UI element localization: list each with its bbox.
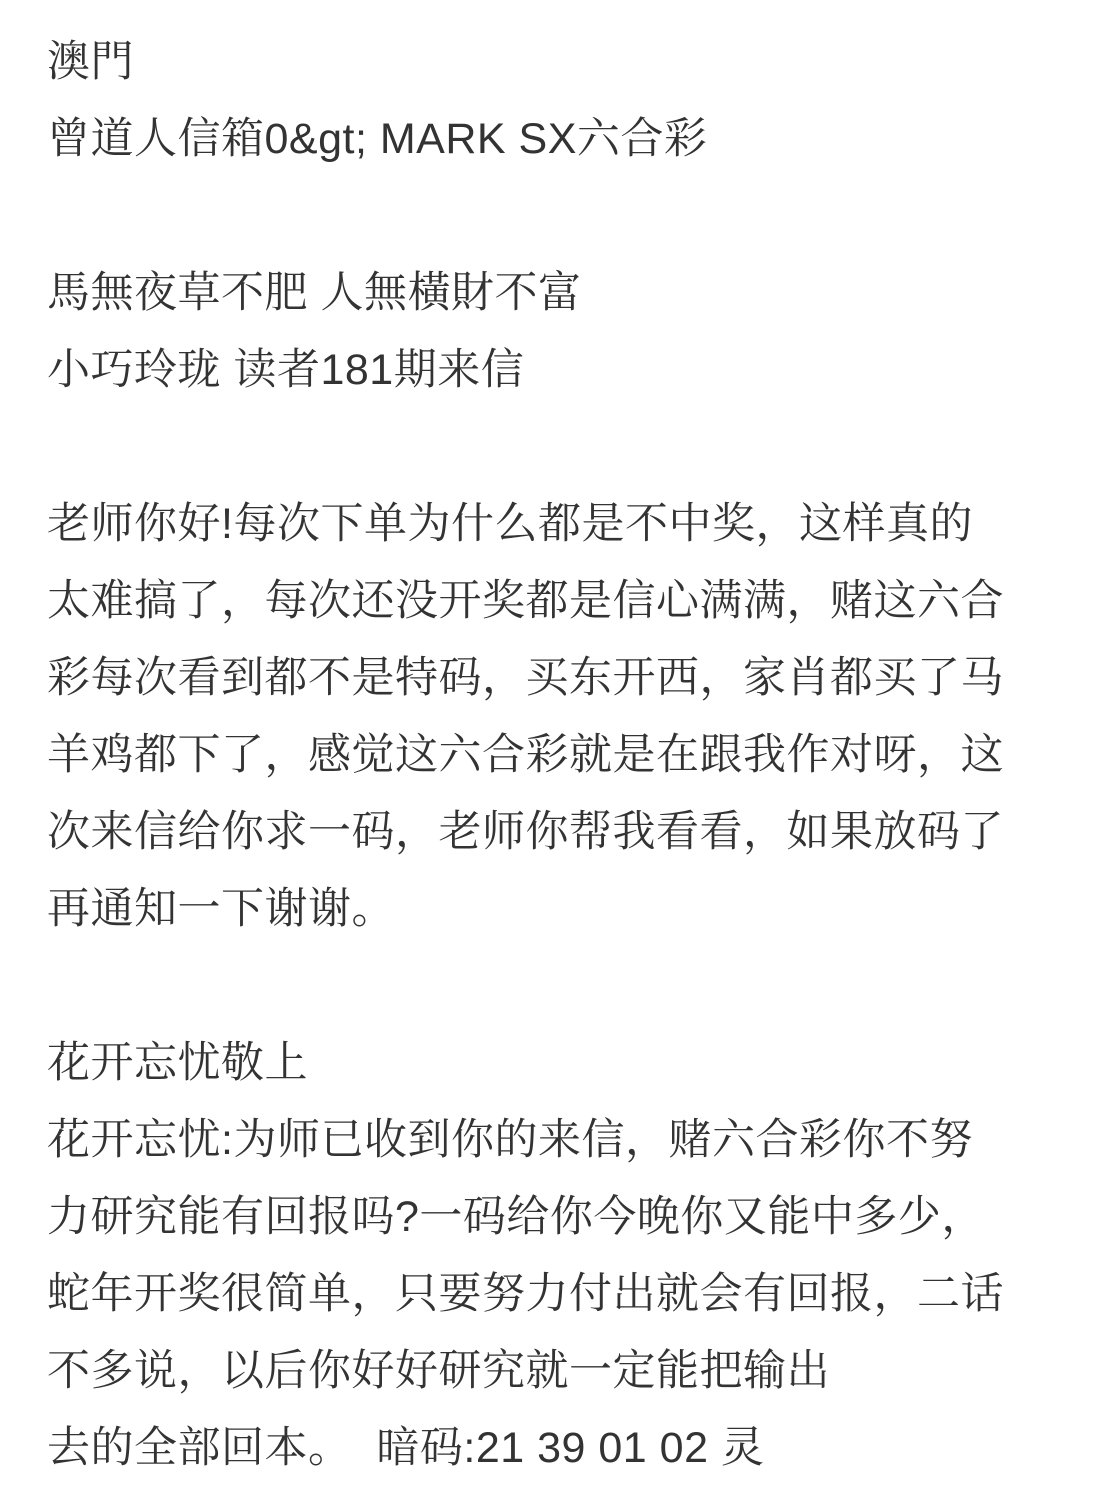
- blank-separator: [47, 178, 1058, 255]
- letter-line: 次来信给你求一码，老师你帮我看看，如果放码了: [47, 794, 1058, 871]
- blank-separator: [47, 409, 1058, 486]
- letter-line: 太难搞了，每次还没开奖都是信心满满，赌这六合: [47, 563, 1058, 640]
- letter-line: 再通知一下谢谢。: [47, 871, 1058, 948]
- reply-line: 去的全部回本。 暗码:21 39 01 02 灵: [47, 1410, 1058, 1487]
- letter-line: 彩每次看到都不是特码，买东开西，家肖都买了马: [47, 640, 1058, 717]
- reply-line: 不多说，以后你好好研究就一定能把输出: [47, 1333, 1058, 1410]
- proverb-line: 馬無夜草不肥 人無橫財不富: [47, 255, 1058, 332]
- region-line: 澳門: [47, 24, 1058, 101]
- document-page: 澳門 曾道人信箱0&gt; MARK SX六合彩 馬無夜草不肥 人無橫財不富 小…: [0, 0, 1098, 1500]
- reply-line: 花开忘忧:为师已收到你的来信，赌六合彩你不努: [47, 1102, 1058, 1179]
- reply-line: 力研究能有回报吗?一码给你今晚你又能中多少，: [47, 1179, 1058, 1256]
- title-line: 曾道人信箱0&gt; MARK SX六合彩: [47, 101, 1058, 178]
- blank-separator: [47, 948, 1058, 1025]
- letter-line: 老师你好!每次下单为什么都是不中奖，这样真的: [47, 486, 1058, 563]
- reply-line: 蛇年开奖很简单，只要努力付出就会有回报，二话: [47, 1256, 1058, 1333]
- reader-info-line: 小巧玲珑 读者181期来信: [47, 332, 1058, 409]
- letter-line: 羊鸡都下了，感觉这六合彩就是在跟我作对呀，这: [47, 717, 1058, 794]
- signature-line: 花开忘忧敬上: [47, 1025, 1058, 1102]
